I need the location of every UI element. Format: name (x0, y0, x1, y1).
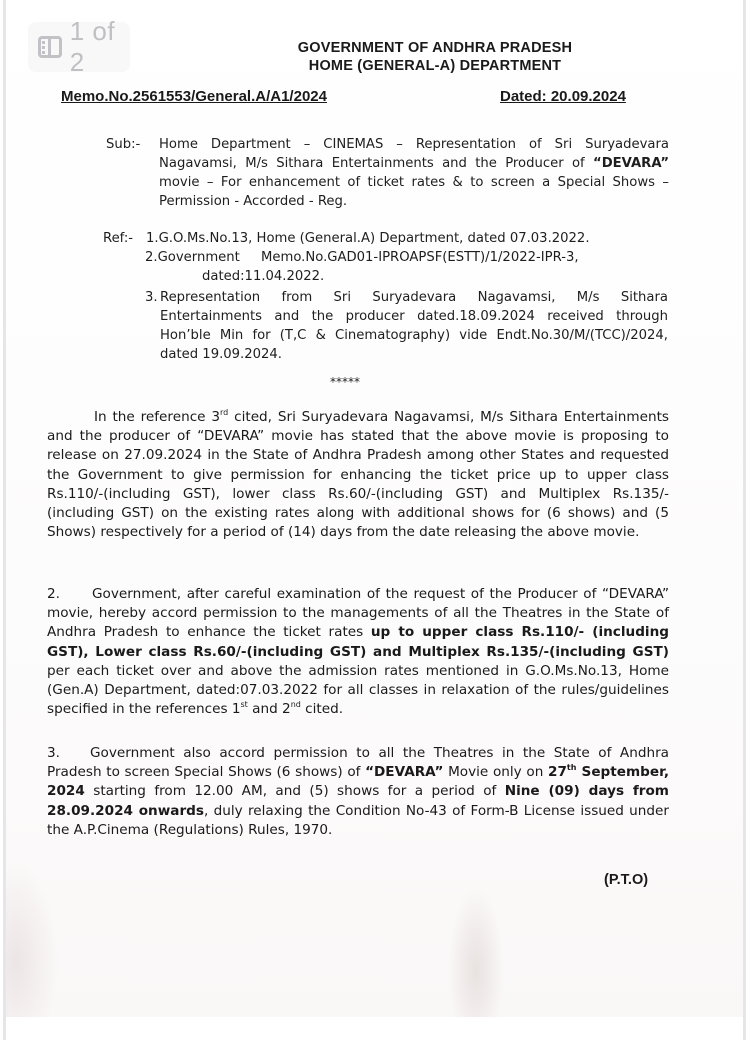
p1-text-a: In the reference 3 (94, 409, 220, 425)
p3-number: 3. (47, 745, 60, 761)
p3-movie: “DEVARA” (365, 764, 443, 780)
paragraph-2: 2.Government, after careful examination … (47, 585, 669, 719)
paragraph-3: 3.Government also accord permission to a… (47, 744, 669, 840)
please-turn-over: (P.T.O) (604, 872, 648, 888)
reference-2-memo: Memo.No.GAD01-IPROAPSF(ESTT)/1/2022-IPR-… (261, 250, 579, 265)
p3-date-num: 27 (548, 764, 567, 780)
separator: ***** (330, 373, 360, 392)
reference-1: 1.G.O.Ms.No.13, Home (General.A) Departm… (146, 229, 670, 248)
subject-movie: “DEVARA” (593, 156, 669, 171)
reference-2-label: 2.Government (145, 248, 261, 267)
subject-part2: movie – For enhancement of ticket rates … (159, 175, 669, 209)
header-government: GOVERNMENT OF ANDHRA PRADESH (60, 40, 750, 56)
subject-label: Sub:- (106, 135, 140, 154)
subject-text: Home Department – CINEMAS – Representati… (159, 135, 669, 211)
header-department: HOME (GENERAL-A) DEPARTMENT (60, 58, 750, 74)
memo-number: Memo.No.2561553/General.A/A1/2024 (61, 88, 327, 105)
reference-2-date: dated:11.04.2022. (202, 267, 324, 286)
p1-text-b: cited, Sri Suryadevara Nagavamsi, M/s Si… (47, 409, 669, 540)
p2-sup2: nd (291, 700, 301, 709)
reference-3-number: 3. (145, 288, 158, 307)
memo-date: Dated: 20.09.2024 (500, 88, 626, 105)
reference-2: 2.GovernmentMemo.No.GAD01-IPROAPSF(ESTT)… (145, 248, 670, 267)
p2-text-b: per each ticket over and above the admis… (47, 663, 669, 717)
p3-text-b: Movie only on (443, 764, 548, 780)
reference-label: Ref:- (103, 229, 133, 248)
p2-text-d: cited. (301, 701, 343, 717)
p2-number: 2. (47, 586, 60, 602)
reference-3: Representation from Sri Suryadevara Naga… (160, 288, 668, 364)
p2-text-c: and 2 (248, 701, 291, 717)
p2-sup1: st (241, 700, 248, 709)
p3-text-c: starting from 12.00 AM, and (5) shows fo… (85, 783, 505, 799)
viewer-scrollbar-edge[interactable] (743, 0, 746, 1040)
sidebar-panel-icon[interactable] (38, 36, 62, 58)
paragraph-1: In the reference 3rd cited, Sri Suryadev… (47, 408, 669, 542)
